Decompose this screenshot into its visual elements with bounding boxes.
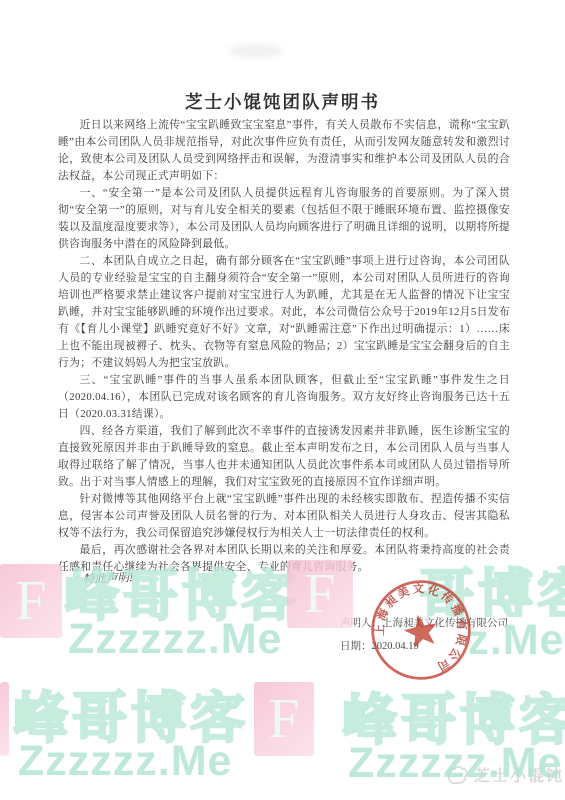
paragraph-intro: 近日以来网络上流传“宝宝趴睡致宝宝窒息”事件，有关人员散布不实信息，谎称“宝宝趴… [58,117,510,185]
watermark-f-block: F [0,564,62,638]
page-title: 芝士小馄饨团队声明书 [0,89,565,114]
footer-brand: 芝士小馄饨 [445,763,564,786]
footer-brand-label: 芝士小馄饨 [474,763,564,786]
company-seal-stamp: 上海昶美文化传播有限公司 [359,568,482,691]
paragraph-point-1: 一、“安全第一”是本公司及团队人员提供远程育儿咨询服务的首要原则。为了深入贯彻“… [58,185,510,253]
scanned-statement-page: 芝士小馄饨团队声明书 近日以来网络上流传“宝宝趴睡致宝宝窒息”事件，有关人员散布… [0,0,565,800]
wonton-mascot-icon [445,764,469,786]
paragraph-point-2: 二、本团队自成立之日起，确有部分顾客在“宝宝趴睡”事项上进行过咨询，本公司团队人… [58,253,510,372]
watermark-letter: F [15,569,46,633]
watermark-url-text: Zzzzzz.Me [18,737,232,786]
watermark-brand-text: 峰哥博客 [13,674,249,753]
statement-body: 近日以来网络上流传“宝宝趴睡致宝宝窒息”事件，有关人员散布不实信息，谎称“宝宝趴… [58,117,510,576]
paragraph-legal: 针对微博等其他网络平台上就“宝宝趴睡”事件出现的未经核实即散布、捏造传播不实信息… [58,491,510,542]
date-label: 日期： [340,641,372,652]
watermark-brand-text: 峰哥博客 [342,676,565,755]
watermark-letter: F [268,687,299,751]
watermark-url-text: Zzzzzz.Me [68,615,282,664]
paragraph-point-3: 三、“宝宝趴睡”事件的当事人虽系本团队顾客，但截止至“宝宝趴睡”事件发生之日（2… [58,372,510,423]
watermark-f-block: F [254,682,314,756]
scan-smudge [228,44,283,58]
handwritten-note: 特此声明! [83,569,134,587]
seal-star-icon [401,611,441,649]
paragraph-point-4: 四、经各方渠道，我们了解到此次不幸事件的直接诱发因素并非趴睡，医生诊断宝宝的直接… [58,423,510,491]
watermark-f-block-edge [0,682,9,756]
